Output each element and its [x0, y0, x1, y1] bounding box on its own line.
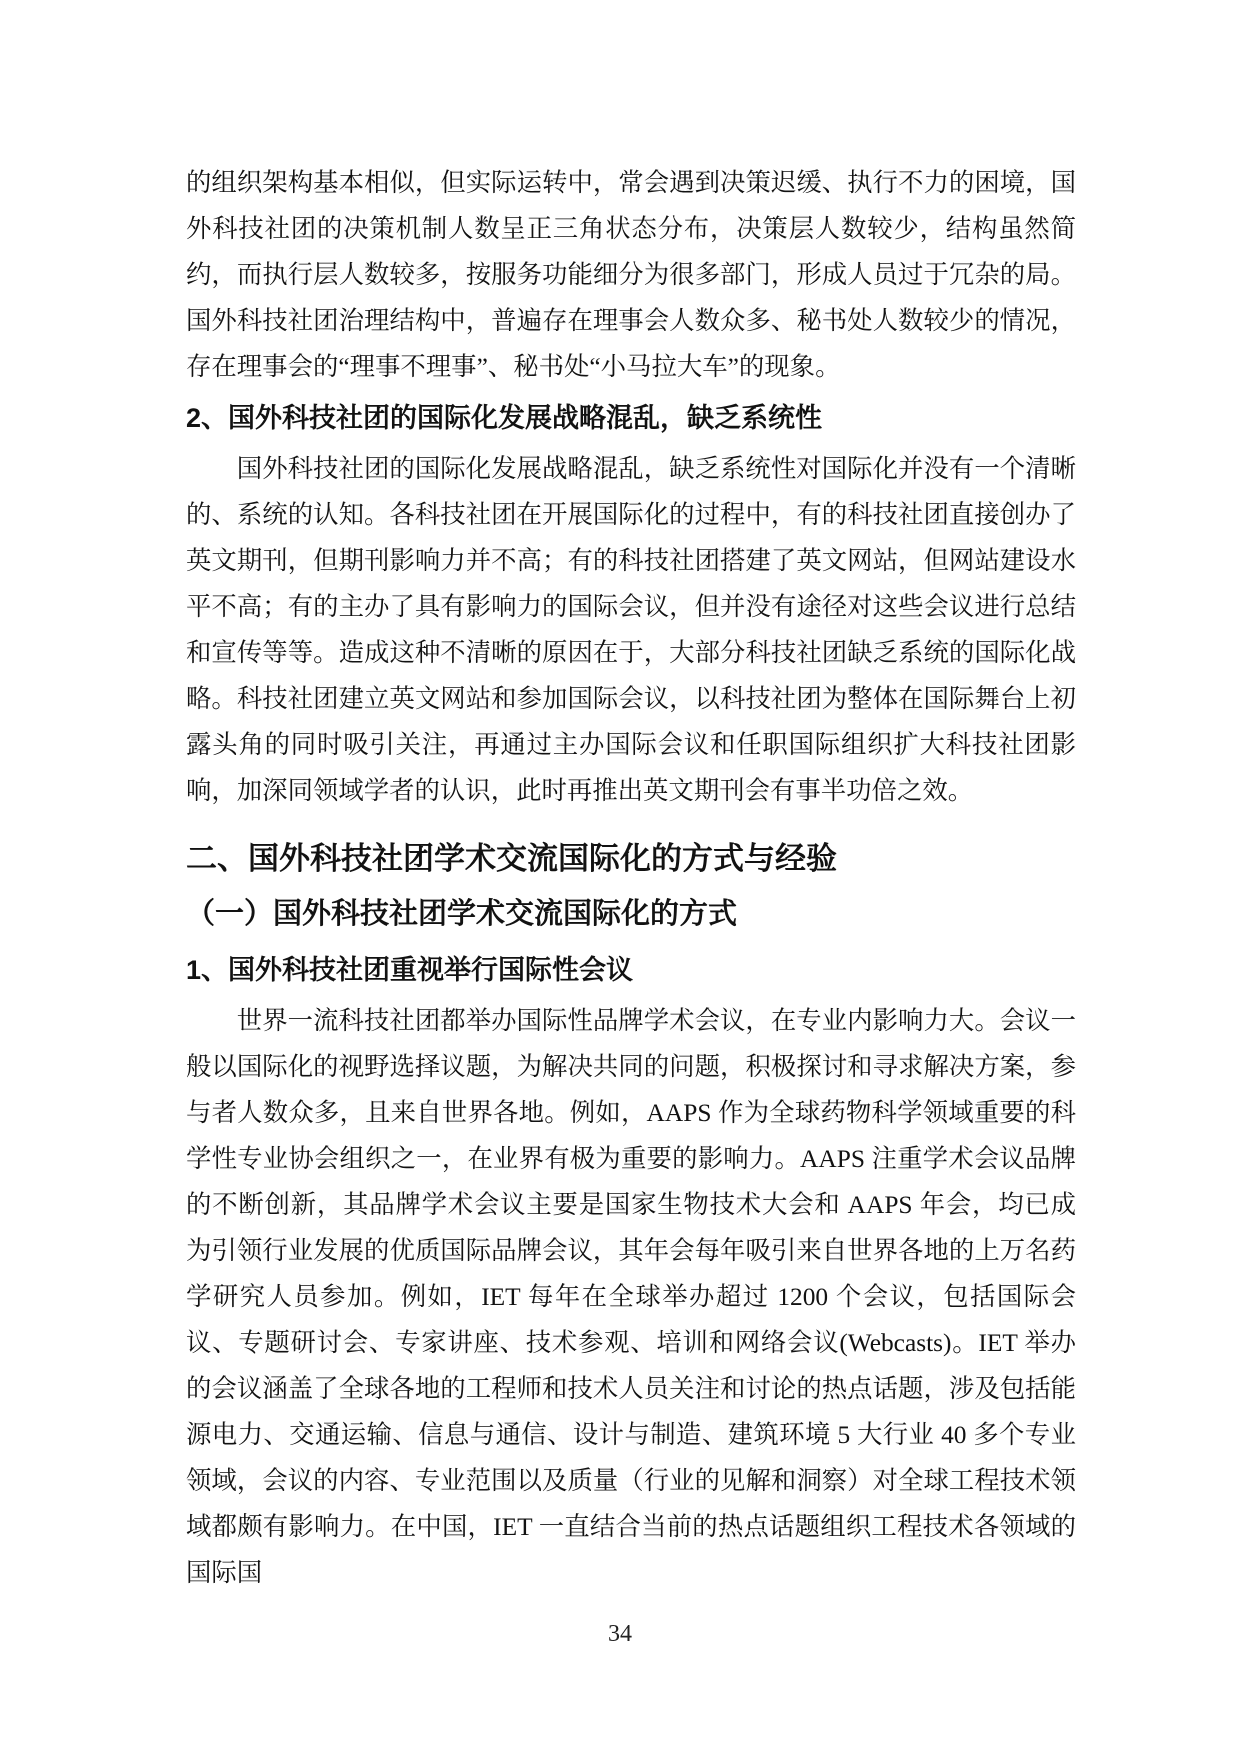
chapter-heading: 二、国外科技社团学术交流国际化的方式与经验	[186, 836, 1076, 882]
body-paragraph-strategy: 国外科技社团的国际化发展战略混乱，缺乏系统性对国际化并没有一个清晰的、系统的认知…	[186, 446, 1076, 814]
numbered-heading-strategy: 2、国外科技社团的国际化发展战略混乱，缺乏系统性	[186, 394, 1076, 442]
page-number: 34	[0, 1618, 1240, 1650]
document-page: 的组织架构基本相似，但实际运转中，常会遇到决策迟缓、执行不力的困境，国外科技社团…	[0, 0, 1240, 1753]
section-heading: （一）国外科技社团学术交流国际化的方式	[186, 892, 1076, 936]
body-paragraph-continuation: 的组织架构基本相似，但实际运转中，常会遇到决策迟缓、执行不力的困境，国外科技社团…	[186, 160, 1076, 390]
body-paragraph-conferences: 世界一流科技社团都举办国际性品牌学术会议，在专业内影响力大。会议一般以国际化的视…	[186, 998, 1076, 1596]
numbered-heading-conferences: 1、国外科技社团重视举行国际性会议	[186, 946, 1076, 994]
